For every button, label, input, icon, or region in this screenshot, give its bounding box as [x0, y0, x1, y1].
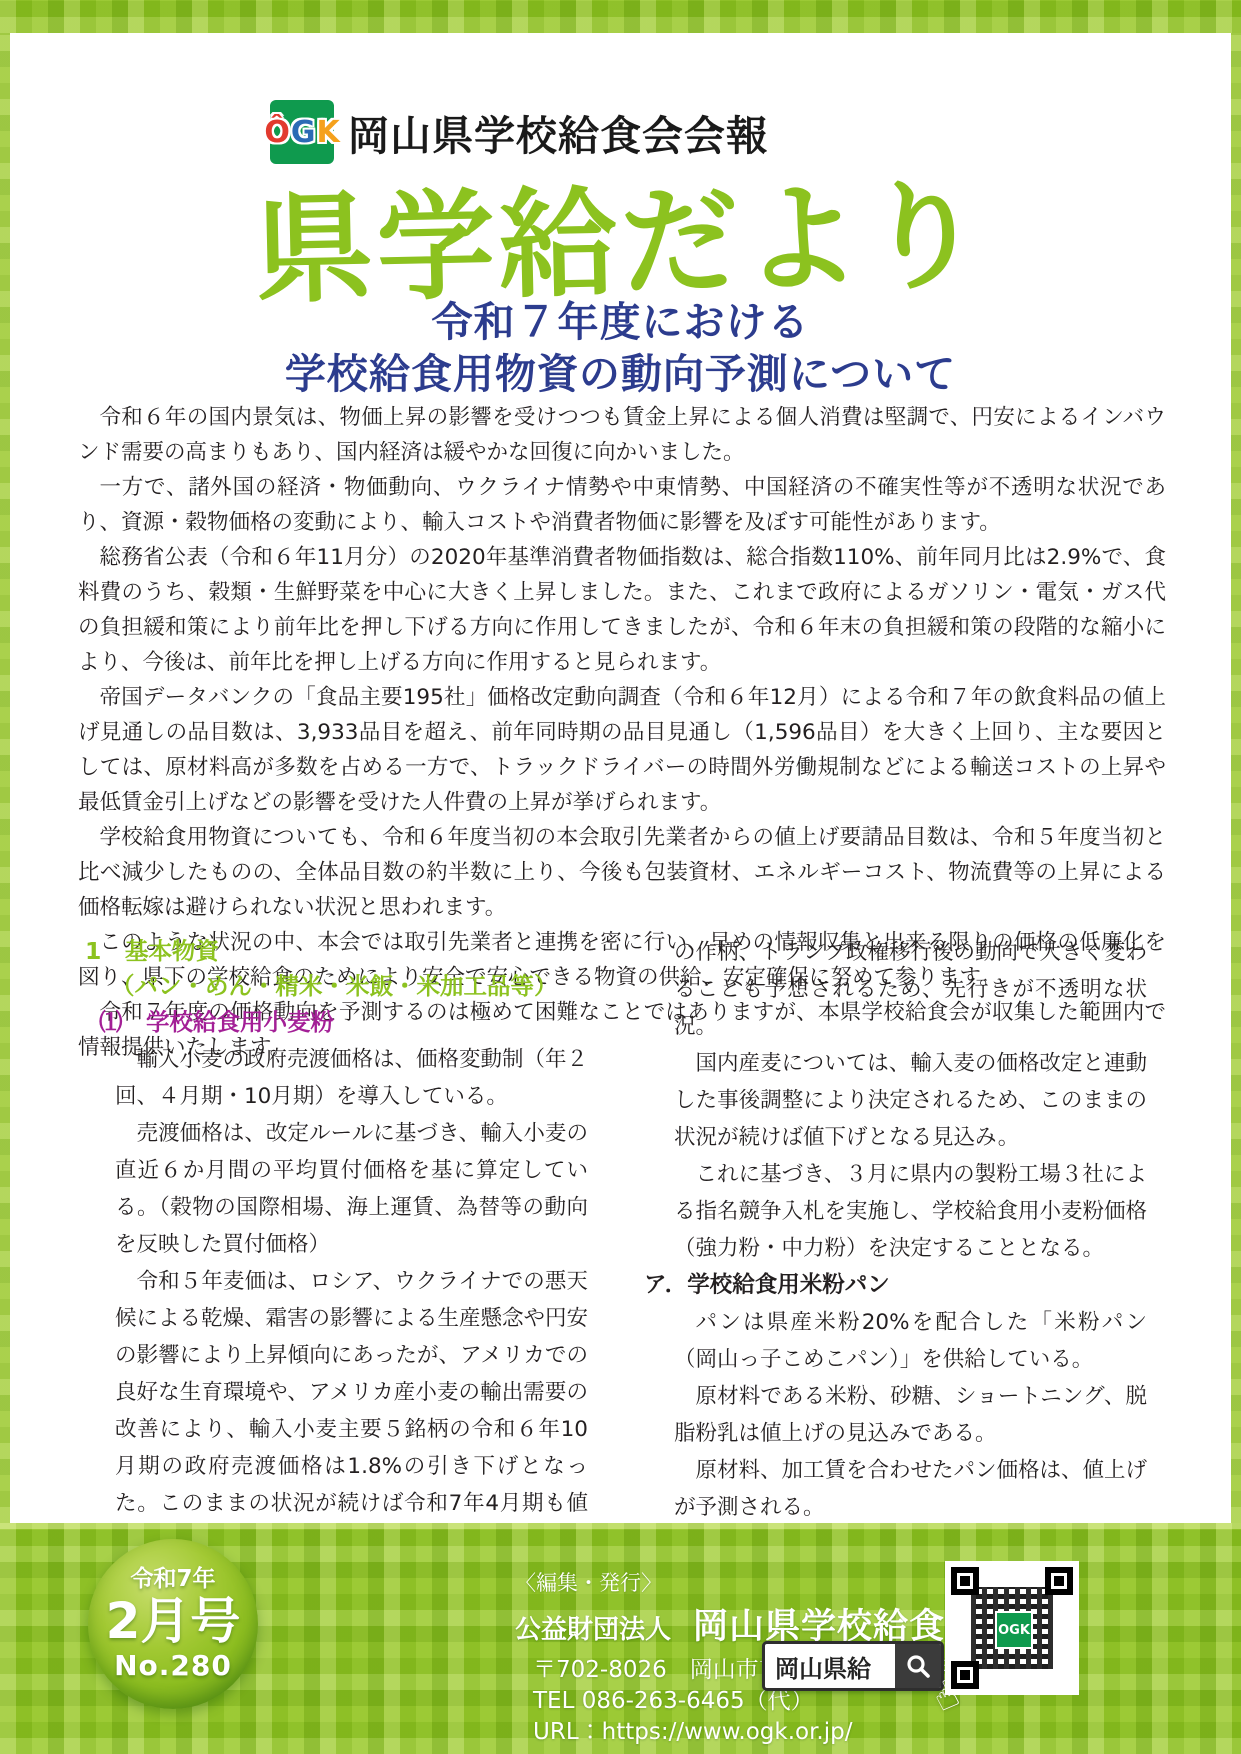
- subitem-a-body: パンは県産米粉20%を配合した「米粉パン（岡山っ子こめこパン）」を供給している。…: [674, 1304, 1147, 1526]
- qr-finder-icon: [1045, 1567, 1073, 1595]
- article-title-line2: 学校給食用物資の動向予測について: [285, 350, 956, 398]
- logo-letter-o: Ô: [264, 115, 290, 150]
- org-type: 公益財団法人: [515, 1615, 671, 1645]
- body-paragraph: 売渡価格は、改定ルールに基づき、輸入小麦の直近６か月間の平均買付価格を基に算定し…: [115, 1115, 588, 1263]
- subitem-a-heading: ア．学校給食用米粉パン: [644, 1267, 1147, 1304]
- publisher-url: URL：https://www.ogk.or.jp/: [533, 1717, 1032, 1748]
- section-subheading: （パン・めん・精米・米飯・米加工品等）: [111, 969, 588, 1004]
- badge-year: 令和7年: [130, 1566, 215, 1592]
- qr-code: OGK: [945, 1561, 1079, 1695]
- body-paragraph: 国内産麦については、輸入麦の価格改定と連動した事後調整により決定されるため、この…: [674, 1045, 1147, 1156]
- intro-paragraph: 総務省公表（令和６年11月分）の2020年基準消費者物価指数は、総合指数110%…: [78, 540, 1166, 680]
- qr-finder-icon: [951, 1567, 979, 1595]
- intro-paragraph: 学校給食用物資についても、令和６年度当初の本会取引先業者からの値上げ要請品目数は…: [78, 820, 1166, 925]
- intro-paragraph: 一方で、諸外国の経済・物価動向、ウクライナ情勢や中東情勢、中国経済の不確実性等が…: [78, 470, 1166, 540]
- newsletter-page: Ô G K 岡山県学校給食会会報 県学給だより 令和７年度における 学校給食用物…: [0, 0, 1241, 1754]
- logo-letter-k: K: [316, 115, 339, 150]
- search-box[interactable]: 岡山県給 ☝: [762, 1641, 944, 1691]
- left-column: 1 基本物資 （パン・めん・精米・米飯・米加工品等） ⑴ 学校給食用小麦粉 輸入…: [85, 934, 588, 1600]
- right-column-body: の作柄、トランプ政権移行後の動向で大きく変わることも予想されるため、先行きが不透…: [674, 934, 1147, 1267]
- top-border: [0, 0, 1241, 33]
- footer: 令和7年 2月号 No.280 〈編集・発行〉 公益財団法人岡山県学校給食会 〒…: [0, 1523, 1241, 1754]
- search-input[interactable]: 岡山県給: [765, 1649, 895, 1684]
- body-paragraph: の作柄、トランプ政権移行後の動向で大きく変わることも予想されるため、先行きが不透…: [674, 934, 1147, 1045]
- qr-center-logo: OGK: [995, 1611, 1033, 1649]
- qr-finder-icon: [951, 1661, 979, 1689]
- intro-paragraph: 帝国データバンクの「食品主要195社」価格改定動向調査（令和６年12月）による令…: [78, 680, 1166, 820]
- left-column-body: 輸入小麦の政府売渡価格は、価格変動制（年２回、４月期・10月期）を導入している。…: [115, 1041, 588, 1596]
- body-paragraph: これに基づき、３月に県内の製粉工場３社による指名競争入札を実施し、学校給食用小麦…: [674, 1156, 1147, 1267]
- right-column: の作柄、トランプ政権移行後の動向で大きく変わることも予想されるため、先行きが不透…: [644, 934, 1147, 1600]
- issue-badge: 令和7年 2月号 No.280: [88, 1539, 258, 1709]
- badge-number: No.280: [114, 1650, 232, 1682]
- article-title: 令和７年度における 学校給食用物資の動向予測について: [0, 296, 1241, 400]
- body-paragraph: 原材料、加工賃を合わせたパン価格は、値上げが予測される。: [674, 1452, 1147, 1526]
- logo-letter-g: G: [291, 115, 316, 150]
- article-columns: 1 基本物資 （パン・めん・精米・米飯・米加工品等） ⑴ 学校給食用小麦粉 輸入…: [85, 934, 1147, 1600]
- body-paragraph: 輸入小麦の政府売渡価格は、価格変動制（年２回、４月期・10月期）を導入している。: [115, 1041, 588, 1115]
- search-icon: [905, 1653, 931, 1679]
- intro-paragraph: 令和６年の国内景気は、物価上昇の影響を受けつつも賃金上昇による個人消費は堅調で、…: [78, 400, 1166, 470]
- body-paragraph: 原材料である米粉、砂糖、ショートニング、脱脂粉乳は値上げの見込みである。: [674, 1378, 1147, 1452]
- article-title-line1: 令和７年度における: [432, 298, 810, 346]
- item-heading: ⑴ 学校給食用小麦粉: [99, 1004, 588, 1041]
- badge-issue: 2月号: [106, 1592, 241, 1650]
- body-paragraph: パンは県産米粉20%を配合した「米粉パン（岡山っ子こめこパン）」を供給している。: [674, 1304, 1147, 1378]
- section-heading: 1 基本物資: [85, 934, 588, 969]
- qr-logo-text: OGK: [998, 1623, 1030, 1638]
